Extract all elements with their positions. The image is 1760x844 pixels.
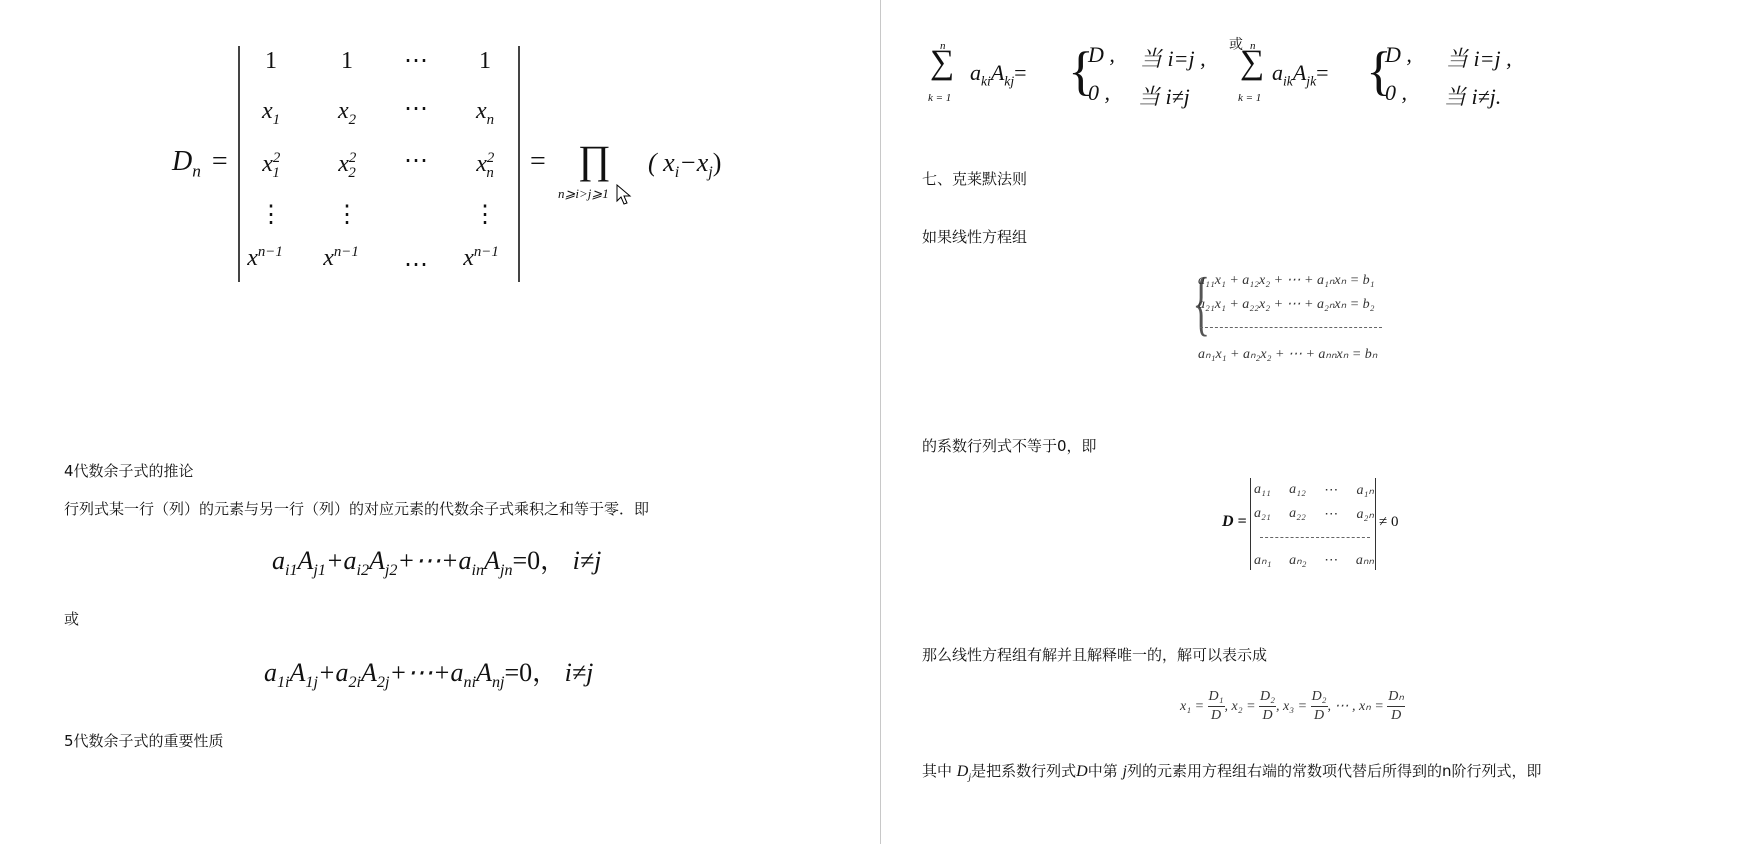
left-page: Dn = 1 1 ⋯ 1 x1 x2 ⋯ xn x21 x22 ⋯ x2n ⋮ …	[0, 0, 880, 844]
product-symbol: ∏	[578, 136, 611, 183]
section7-title: 七、克莱默法则	[922, 170, 1027, 188]
solution-text: 那么线性方程组有解并且解释唯一的，解可以表示成	[922, 646, 1267, 664]
det-cell: ⋮	[450, 200, 520, 229]
det-cell: ⋮	[312, 200, 382, 229]
det-row: a₁₁a₁₂⋯a₁ₙ	[1254, 482, 1374, 499]
det-cell: ⋮	[236, 200, 306, 229]
det-cell: xn−1	[230, 244, 300, 272]
det-cell: xn−1	[306, 244, 376, 272]
solution-item: x₂ = D₂D,	[1232, 699, 1280, 714]
sum-bottom: k = 1	[1238, 92, 1261, 104]
det-cell: ⋯	[381, 94, 451, 123]
det-cell: 1	[450, 48, 520, 75]
det-left-bar	[1250, 478, 1251, 570]
case1-value: D ,	[1088, 42, 1115, 68]
det-cell: x21	[236, 150, 306, 182]
sum-symbol-icon: ∑	[930, 44, 954, 82]
det-cell: ⋯	[381, 250, 451, 279]
sum-bottom: k = 1	[928, 92, 951, 104]
product-factor: ( xi−xj)	[648, 148, 721, 182]
rhs-equals: =	[530, 146, 546, 178]
det-cell: ⋯	[381, 46, 451, 75]
alt-sum-term: aikAjk=	[1272, 60, 1329, 89]
det-rhs: ≠ 0	[1379, 514, 1398, 531]
vandermonde-lhs: Dn =	[172, 146, 228, 182]
det-lhs: D =	[1222, 513, 1247, 531]
det-cell: 1	[236, 48, 306, 75]
det-cell: x2	[312, 98, 382, 129]
or-label: 或	[64, 610, 79, 628]
mouse-cursor-icon	[616, 184, 632, 206]
coef-text: 的系数行列式不等于0，即	[922, 437, 1097, 455]
det-row: aₙ₁aₙ₂⋯aₙₙ	[1254, 552, 1374, 569]
alt-case1-value: D ,	[1385, 42, 1412, 68]
case2-cond: 当 i≠j	[1138, 80, 1190, 111]
sum-term: akiAkj=	[970, 60, 1027, 89]
det-cell: xn	[450, 98, 520, 129]
section4-title: 4代数余子式的推论	[64, 462, 194, 480]
solution-item: xₙ = DₙD	[1359, 699, 1405, 714]
alt-case2-value: 0 ,	[1385, 80, 1407, 106]
det-cell: ⋯	[381, 146, 451, 175]
case2-value: 0 ,	[1088, 80, 1110, 106]
formula-row-cofactor: ai1Aj1+ai2Aj2+⋯+ainAjn=0， i≠j	[272, 540, 601, 580]
system-dashes	[1200, 327, 1382, 328]
system-row: a₂₁x₁ + a₂₂x₂ + ⋯ + a₂ₙxₙ = b₂	[1198, 296, 1375, 313]
solution-item: x₃ = D₂D, ⋯ ,	[1283, 699, 1356, 714]
alt-case1-cond: 当 i=j ,	[1446, 42, 1512, 73]
page-divider	[880, 0, 881, 844]
right-page: n ∑ k = 1 akiAkj= { D , 当 i=j , 或 0 , 当 …	[882, 0, 1760, 844]
solution-item: x₁ = D₁D,	[1180, 699, 1228, 714]
alt-case2-cond: 当 i≠j.	[1444, 80, 1501, 111]
sum-symbol-icon: ∑	[1240, 44, 1264, 82]
formula-col-cofactor: a1iA1j+a2iA2j+⋯+aniAnj=0， i≠j	[264, 652, 593, 692]
det-cell: x2n	[450, 150, 520, 182]
intro-text: 如果线性方程组	[922, 228, 1027, 246]
det-row: a₂₁a₂₂⋯a₂ₙ	[1254, 506, 1374, 523]
case1-cond: 当 i=j ,	[1140, 42, 1206, 73]
det-right-bar	[1375, 478, 1376, 570]
det-dashes	[1260, 537, 1370, 538]
dj-note: 其中 Dj是把系数行列式D中第 j列的元素用方程组右端的常数项代替后所得到的n阶…	[922, 762, 1541, 787]
section5-title: 5代数余子式的重要性质	[64, 732, 224, 750]
det-cell: 1	[312, 48, 382, 75]
section4-text: 行列式某一行（列）的元素与另一行（列）的对应元素的代数余子式乘积之和等于零．即	[64, 500, 649, 518]
det-cell: x1	[236, 98, 306, 129]
cramer-solution: x₁ = D₁D, x₂ = D₂D, x₃ = D₂D, ⋯ , xₙ = D…	[1180, 688, 1405, 725]
product-range: n⩾i>j⩾1	[558, 186, 609, 202]
det-cell: x22	[312, 150, 382, 182]
det-cell: xn−1	[446, 244, 516, 272]
system-row: a₁₁x₁ + a₁₂x₂ + ⋯ + a₁ₙxₙ = b₁	[1198, 272, 1375, 289]
system-row: aₙ₁x₁ + aₙ₂x₂ + ⋯ + aₙₙxₙ = bₙ	[1198, 346, 1377, 363]
